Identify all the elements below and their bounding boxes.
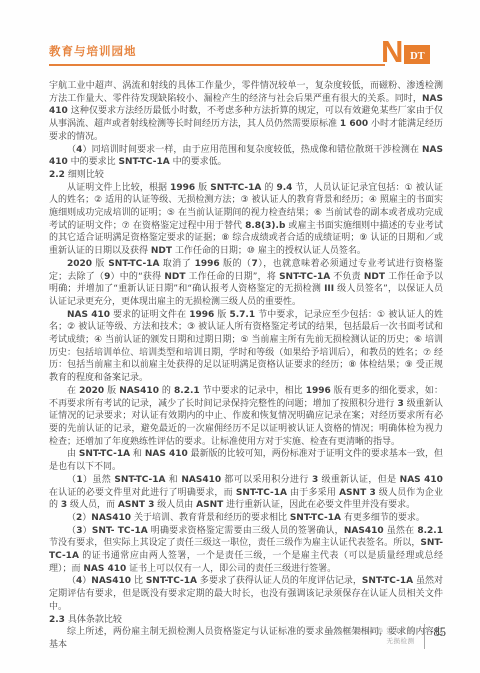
latin-bold-run: III [324,284,334,294]
latin-bold-run: 1 [76,475,82,485]
body-paragraph: 由 SNT-TC-1A 和 NAS 410 最新版的比较可知，两份标准对于证明文… [49,448,443,473]
body-paragraph: （4）同培训时间要求一样，由于应用范围和复杂度较低，热成像和错位散斑干涉检测在 … [49,144,443,169]
latin-bold-run: ASNT 3 [118,500,155,510]
latin-bold-run: NAS410 [181,475,221,485]
latin-bold-run: 4 [76,145,82,155]
latin-bold-run: SNT-TC-1A [119,157,170,167]
latin-bold-run: 8.2.1 [174,386,200,396]
body-paragraph: （1）虽然 SNT-TC-1A 和 NAS410 都可以采用积分进行 3 级重新… [49,474,443,512]
logo-letters-dt: DT [410,51,425,63]
body-paragraph: 2020 版 SNT-TC-1A 取消了 1996 版的（7），也就意味着必须通… [49,258,443,309]
latin-bold-run: 3 [76,526,82,536]
latin-bold-run: 8.8(3).b [245,221,285,231]
latin-bold-run: SNT-TC-1A [236,488,287,498]
latin-bold-run: SNT-TC-1A [146,576,197,586]
body-paragraph: NAS 410 要求的证明文件在 1996 版 5.7.1 节中要求，记录应至少… [49,309,443,385]
page-footer: 2022 年 第 44 卷 第 10 期 无损检测 85 [324,624,446,649]
latin-bold-run: 1996 [195,259,220,269]
journal-issue-line: 2022 年 第 44 卷 第 10 期 [324,627,414,637]
latin-bold-run: 3 [61,500,67,510]
journal-page: 教育与培训园地 N DT 宇航工业中超声、涡流和射线的具体工作量少，零件情况较单… [0,0,480,673]
body-paragraph: （2）NAS410 关于培训、教育背景和经历的要求相比 SNT-TC-1A 有更… [49,512,443,525]
latin-bold-run: 1 600 [340,119,368,129]
latin-bold-run: NAS 410 [83,564,126,574]
latin-bold-run: NAS410 [344,526,384,536]
latin-bold-run: NDT [364,272,385,282]
latin-bold-run: 5.7.1 [229,310,255,320]
header-rule [49,64,385,66]
latin-bold-run: ASNT [196,500,223,510]
article-body: 宇航工业中超声、涡流和射线的具体工作量少，零件情况较单一，复杂度较低，而磁粉、渗… [49,80,443,652]
latin-bold-run: SNT-TC-1A [49,538,443,561]
body-paragraph: 宇航工业中超声、涡流和射线的具体工作量少，零件情况较单一，复杂度较低，而磁粉、渗… [49,80,443,144]
latin-bold-run: 2 [76,513,82,523]
latin-bold-run: 2020 [67,259,92,269]
section-title: 教育与培训园地 [49,43,137,59]
body-paragraph: 在 2020 版 NAS410 的 8.2.1 节中要求的记录中，相比 1996… [49,385,443,449]
latin-bold-run: 9.4 [276,183,292,193]
body-paragraph: （4）NAS410 比 SNT-TC-1A 多要求了获得认证人员的年度评估记录，… [49,575,443,613]
section-heading: 2.2 细则比较 [49,169,443,182]
latin-bold-run: NDT [151,246,172,256]
latin-bold-run: NAS 410 [400,475,443,485]
latin-bold-run: 2020 [79,386,104,396]
latin-bold-run: NAS410 [91,576,131,586]
latin-bold-run: SNT- TC-1A [92,526,148,536]
logo-dt-box: DT [404,45,430,64]
latin-bold-run: 7 [251,259,257,269]
latin-bold-run: SNT-TC-1A [279,272,330,282]
latin-bold-run: NAS 410 [49,145,443,168]
latin-bold-run: 8.2.1 [417,526,443,536]
latin-bold-run: 1996 [189,310,214,320]
latin-bold-run: 2.2 [49,170,65,180]
body-paragraph: 从证明文件上比较，根据 1996 版 SNT-TC-1A 的 9.4 节，人员认… [49,182,443,258]
logo-letter-n: N [381,39,403,64]
latin-bold-run: 2.3 [49,615,65,625]
latin-bold-run: 1996 [306,386,331,396]
journal-info: 2022 年 第 44 卷 第 10 期 无损检测 [324,627,414,646]
latin-bold-run: NAS 410 [145,449,188,459]
latin-bold-run: SNT-TC-1A [290,513,341,523]
latin-bold-run: SNT-TC-1A [79,449,130,459]
body-paragraph: （3）SNT- TC-1A 明确要求资格鉴定需要由三级人员的签署确认，NAS41… [49,525,443,576]
latin-bold-run: 9 [104,272,110,282]
latin-bold-run: NAS 410 [67,310,110,320]
latin-bold-run: 3 [397,399,403,409]
journal-name-line: 无损检测 [324,637,414,647]
latin-bold-run: SNT-TC-1A [114,475,165,485]
latin-bold-run: SNT-TC-1A [210,183,261,193]
page-number: 85 [434,625,447,640]
latin-bold-run: NAS 410 [49,94,443,117]
latin-bold-run: NAS410 [119,386,159,396]
latin-bold-run: 4 [76,576,82,586]
latin-bold-run: NDT [164,272,185,282]
latin-bold-run: SNT-TC-1A [362,576,413,586]
latin-bold-run: 1996 [170,183,195,193]
latin-bold-run: ASNT 3 [339,488,376,498]
latin-bold-run: SNT-TC-1A [108,259,159,269]
latin-bold-run: 3 [312,475,318,485]
ndt-logo: N DT [381,38,430,64]
latin-bold-run: NAS410 [91,513,131,523]
footer-divider [424,624,425,649]
